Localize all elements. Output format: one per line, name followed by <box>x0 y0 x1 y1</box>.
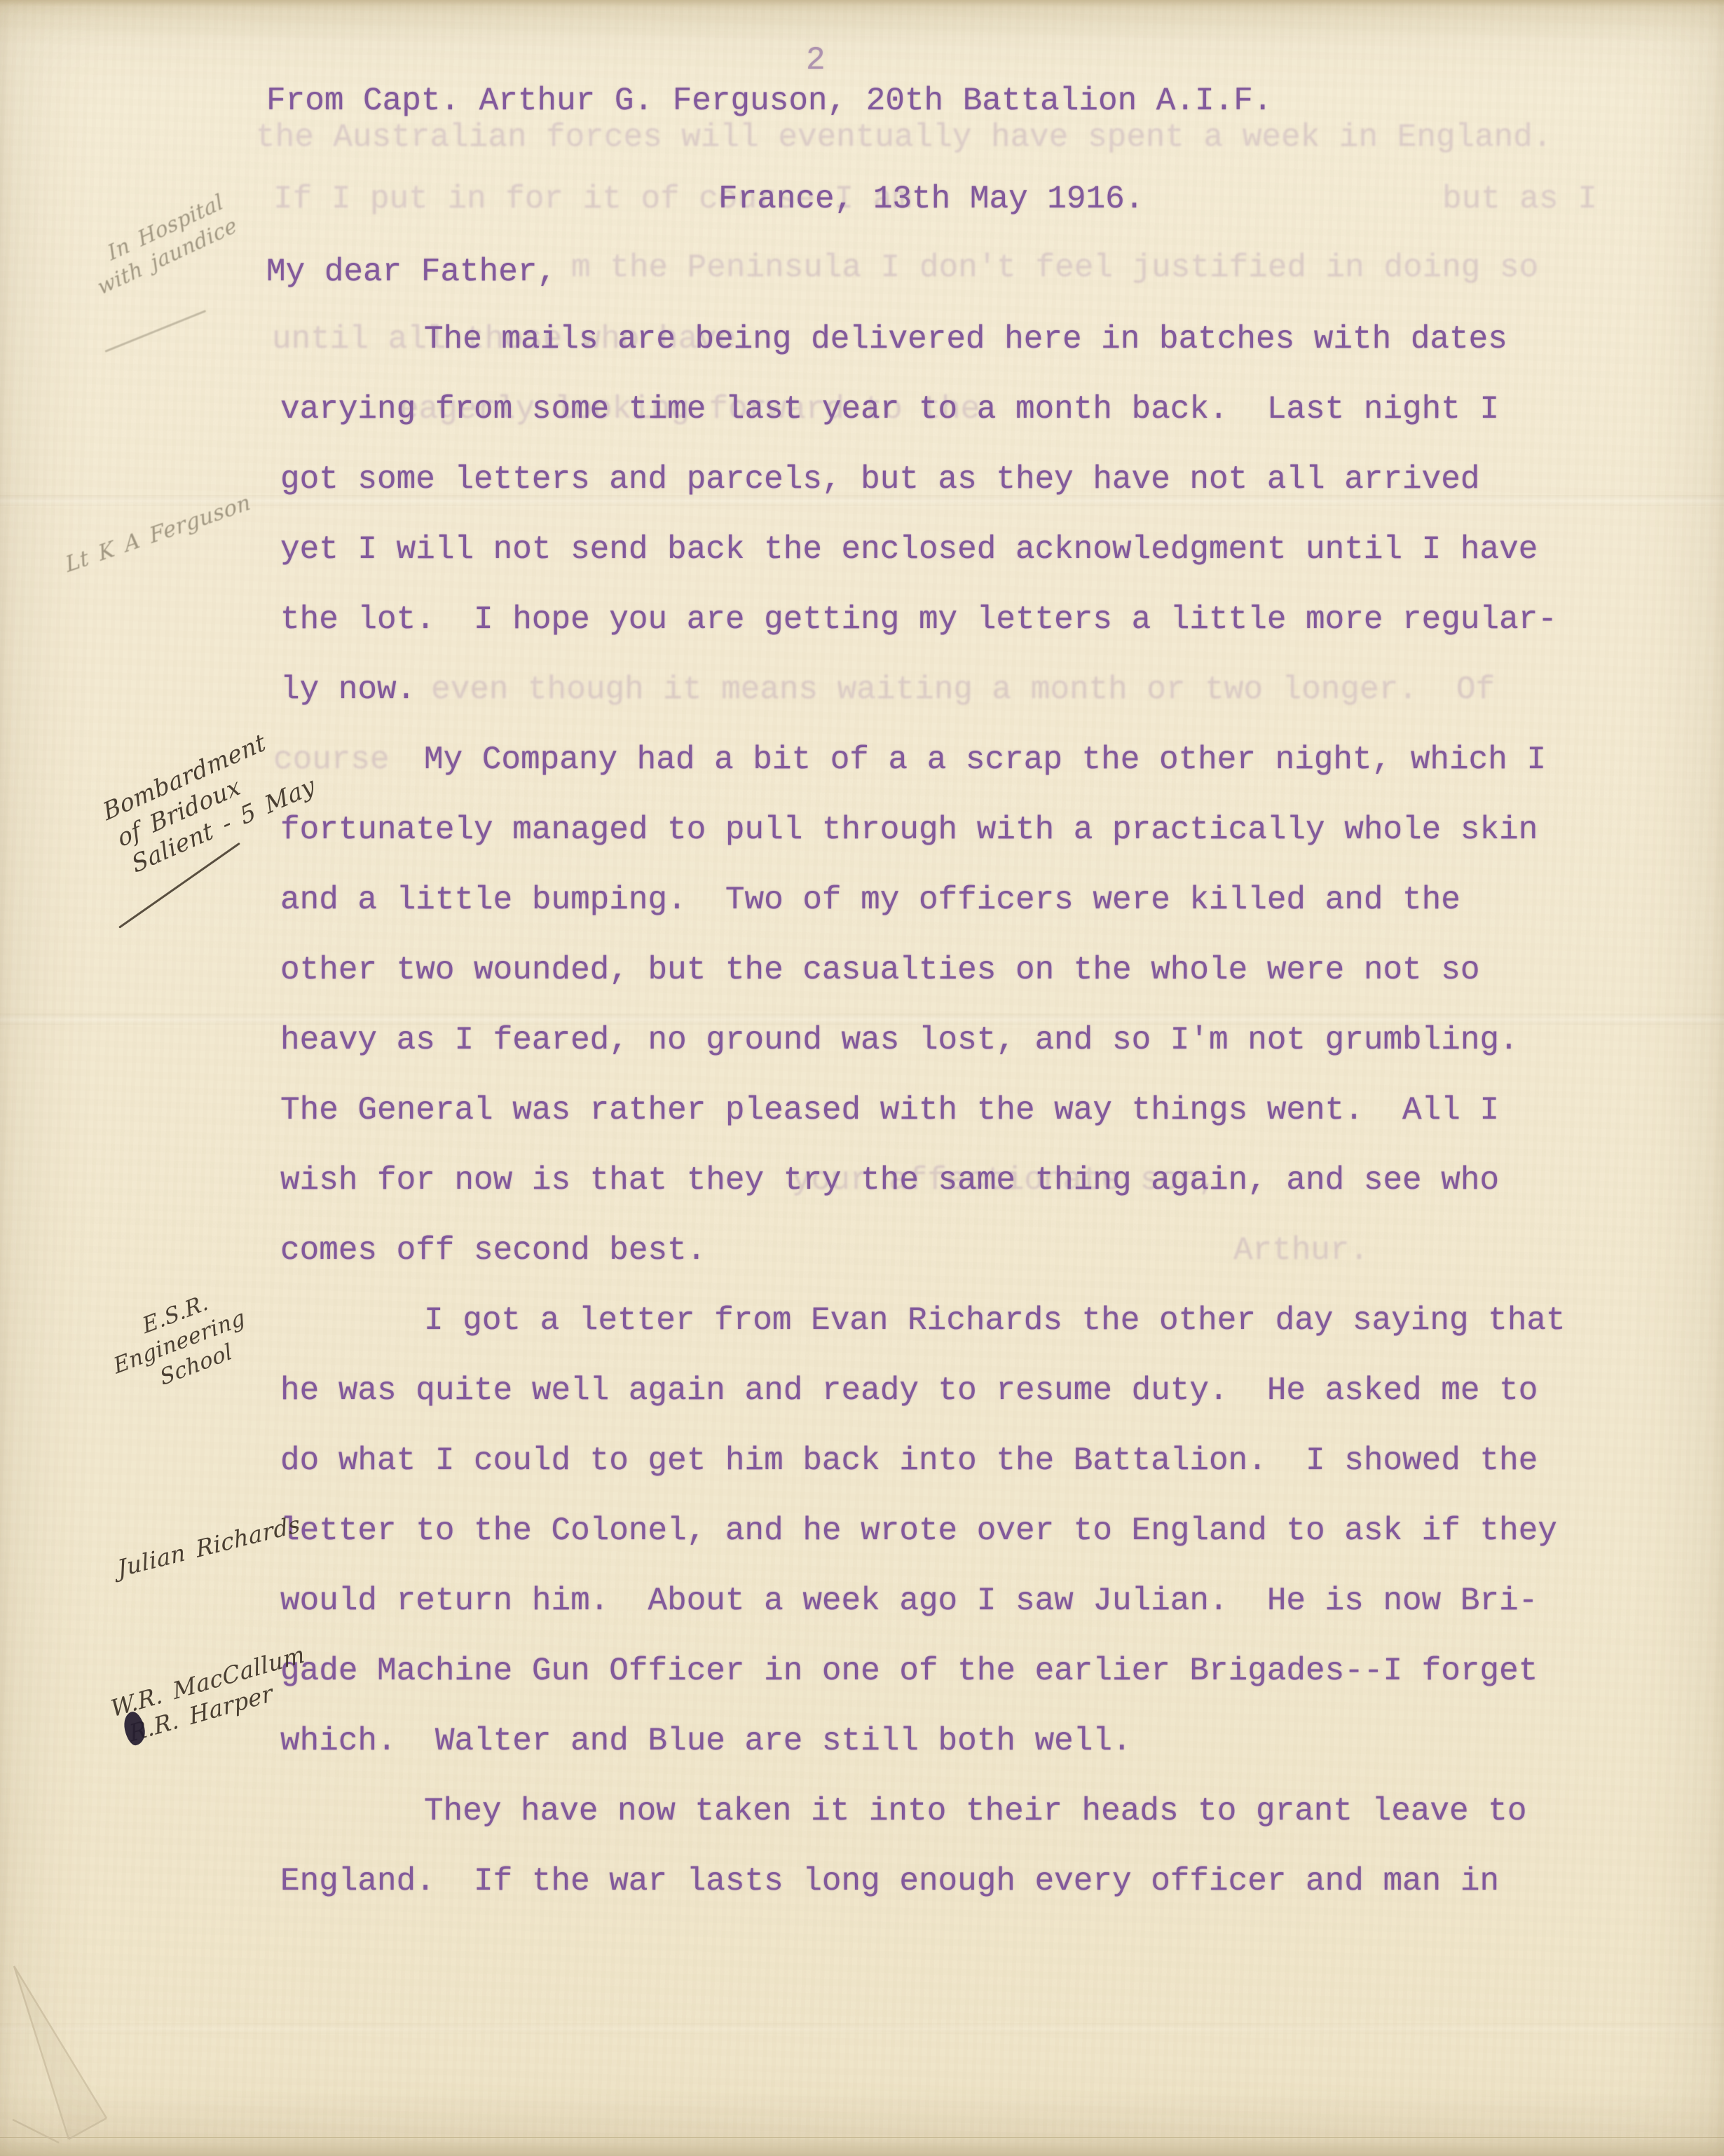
ink-margin-note: Bombardmentof BridouxSalient - 5 May <box>100 714 319 885</box>
page-top-edge <box>0 0 1724 7</box>
pencil-margin-note: In Hospitalwith jaundice <box>85 186 240 301</box>
typed-line: heavy as I feared, no ground was lost, a… <box>280 1022 1519 1059</box>
dateline: France, 13th May 1916. <box>718 181 1144 218</box>
typed-line: gade Machine Gun Officer in one of the e… <box>280 1653 1538 1690</box>
margin-note-line: Lt K A Ferguson <box>63 489 254 578</box>
typed-line: fortunately managed to pull through with… <box>280 812 1538 849</box>
typed-line: The mails are being delivered here in ba… <box>424 321 1507 358</box>
letter-header: From Capt. Arthur G. Ferguson, 20th Batt… <box>266 83 1272 120</box>
ghost-line: Arthur. <box>1233 1232 1369 1269</box>
typed-line: got some letters and parcels, but as the… <box>280 461 1479 498</box>
typed-line: letter to the Colonel, and he wrote over… <box>280 1513 1557 1550</box>
page-crease <box>0 2023 1724 2034</box>
note-underline-stroke <box>104 310 206 353</box>
typed-line: My Company had a bit of a a scrap the ot… <box>424 742 1546 779</box>
typed-line: ly now. <box>280 671 416 709</box>
margin-note-line: Julian Richards <box>116 1509 302 1583</box>
typed-line: The General was rather pleased with the … <box>280 1092 1499 1129</box>
typed-line: wish for now is that they try the same t… <box>280 1162 1499 1199</box>
typed-line: varying from some time last year to a mo… <box>280 391 1499 428</box>
typed-line: which. Walter and Blue are still both we… <box>280 1723 1132 1760</box>
typed-line: They have now taken it into their heads … <box>424 1793 1526 1830</box>
ghost-line: but as I <box>1442 181 1597 218</box>
typed-line: and a little bumping. Two of my officers… <box>280 882 1460 919</box>
typed-line: yet I will not send back the enclosed ac… <box>280 531 1538 568</box>
typed-line: would return him. About a week ago I saw… <box>280 1583 1538 1620</box>
ghost-line: even though it means waiting a month or … <box>431 671 1495 709</box>
typed-line: other two wounded, but the casualties on… <box>280 952 1479 989</box>
ink-margin-note: E.S.R.EngineeringSchool <box>104 1278 255 1407</box>
ghost-line: m the Peninsula I don't feel justified i… <box>571 250 1538 287</box>
letter-page: the Australian forces will eventually ha… <box>0 0 1724 2156</box>
typed-line: comes off second best. <box>280 1232 706 1269</box>
typed-line: he was quite well again and ready to res… <box>280 1372 1538 1410</box>
typed-line: England. If the war lasts long enough ev… <box>280 1863 1499 1900</box>
typed-line: the lot. I hope you are getting my lette… <box>280 601 1557 639</box>
ink-margin-note: Julian Richards <box>116 1509 302 1583</box>
ghost-line: the Australian forces will eventually ha… <box>256 119 1552 156</box>
pencil-margin-note: Lt K A Ferguson <box>63 489 254 578</box>
typed-line: do what I could to get him back into the… <box>280 1442 1538 1480</box>
page-number: 2 <box>806 42 826 79</box>
salutation: My dear Father, <box>266 254 556 291</box>
page-bottom-edge <box>0 2137 1724 2156</box>
typed-line: I got a letter from Evan Richards the ot… <box>424 1302 1566 1339</box>
